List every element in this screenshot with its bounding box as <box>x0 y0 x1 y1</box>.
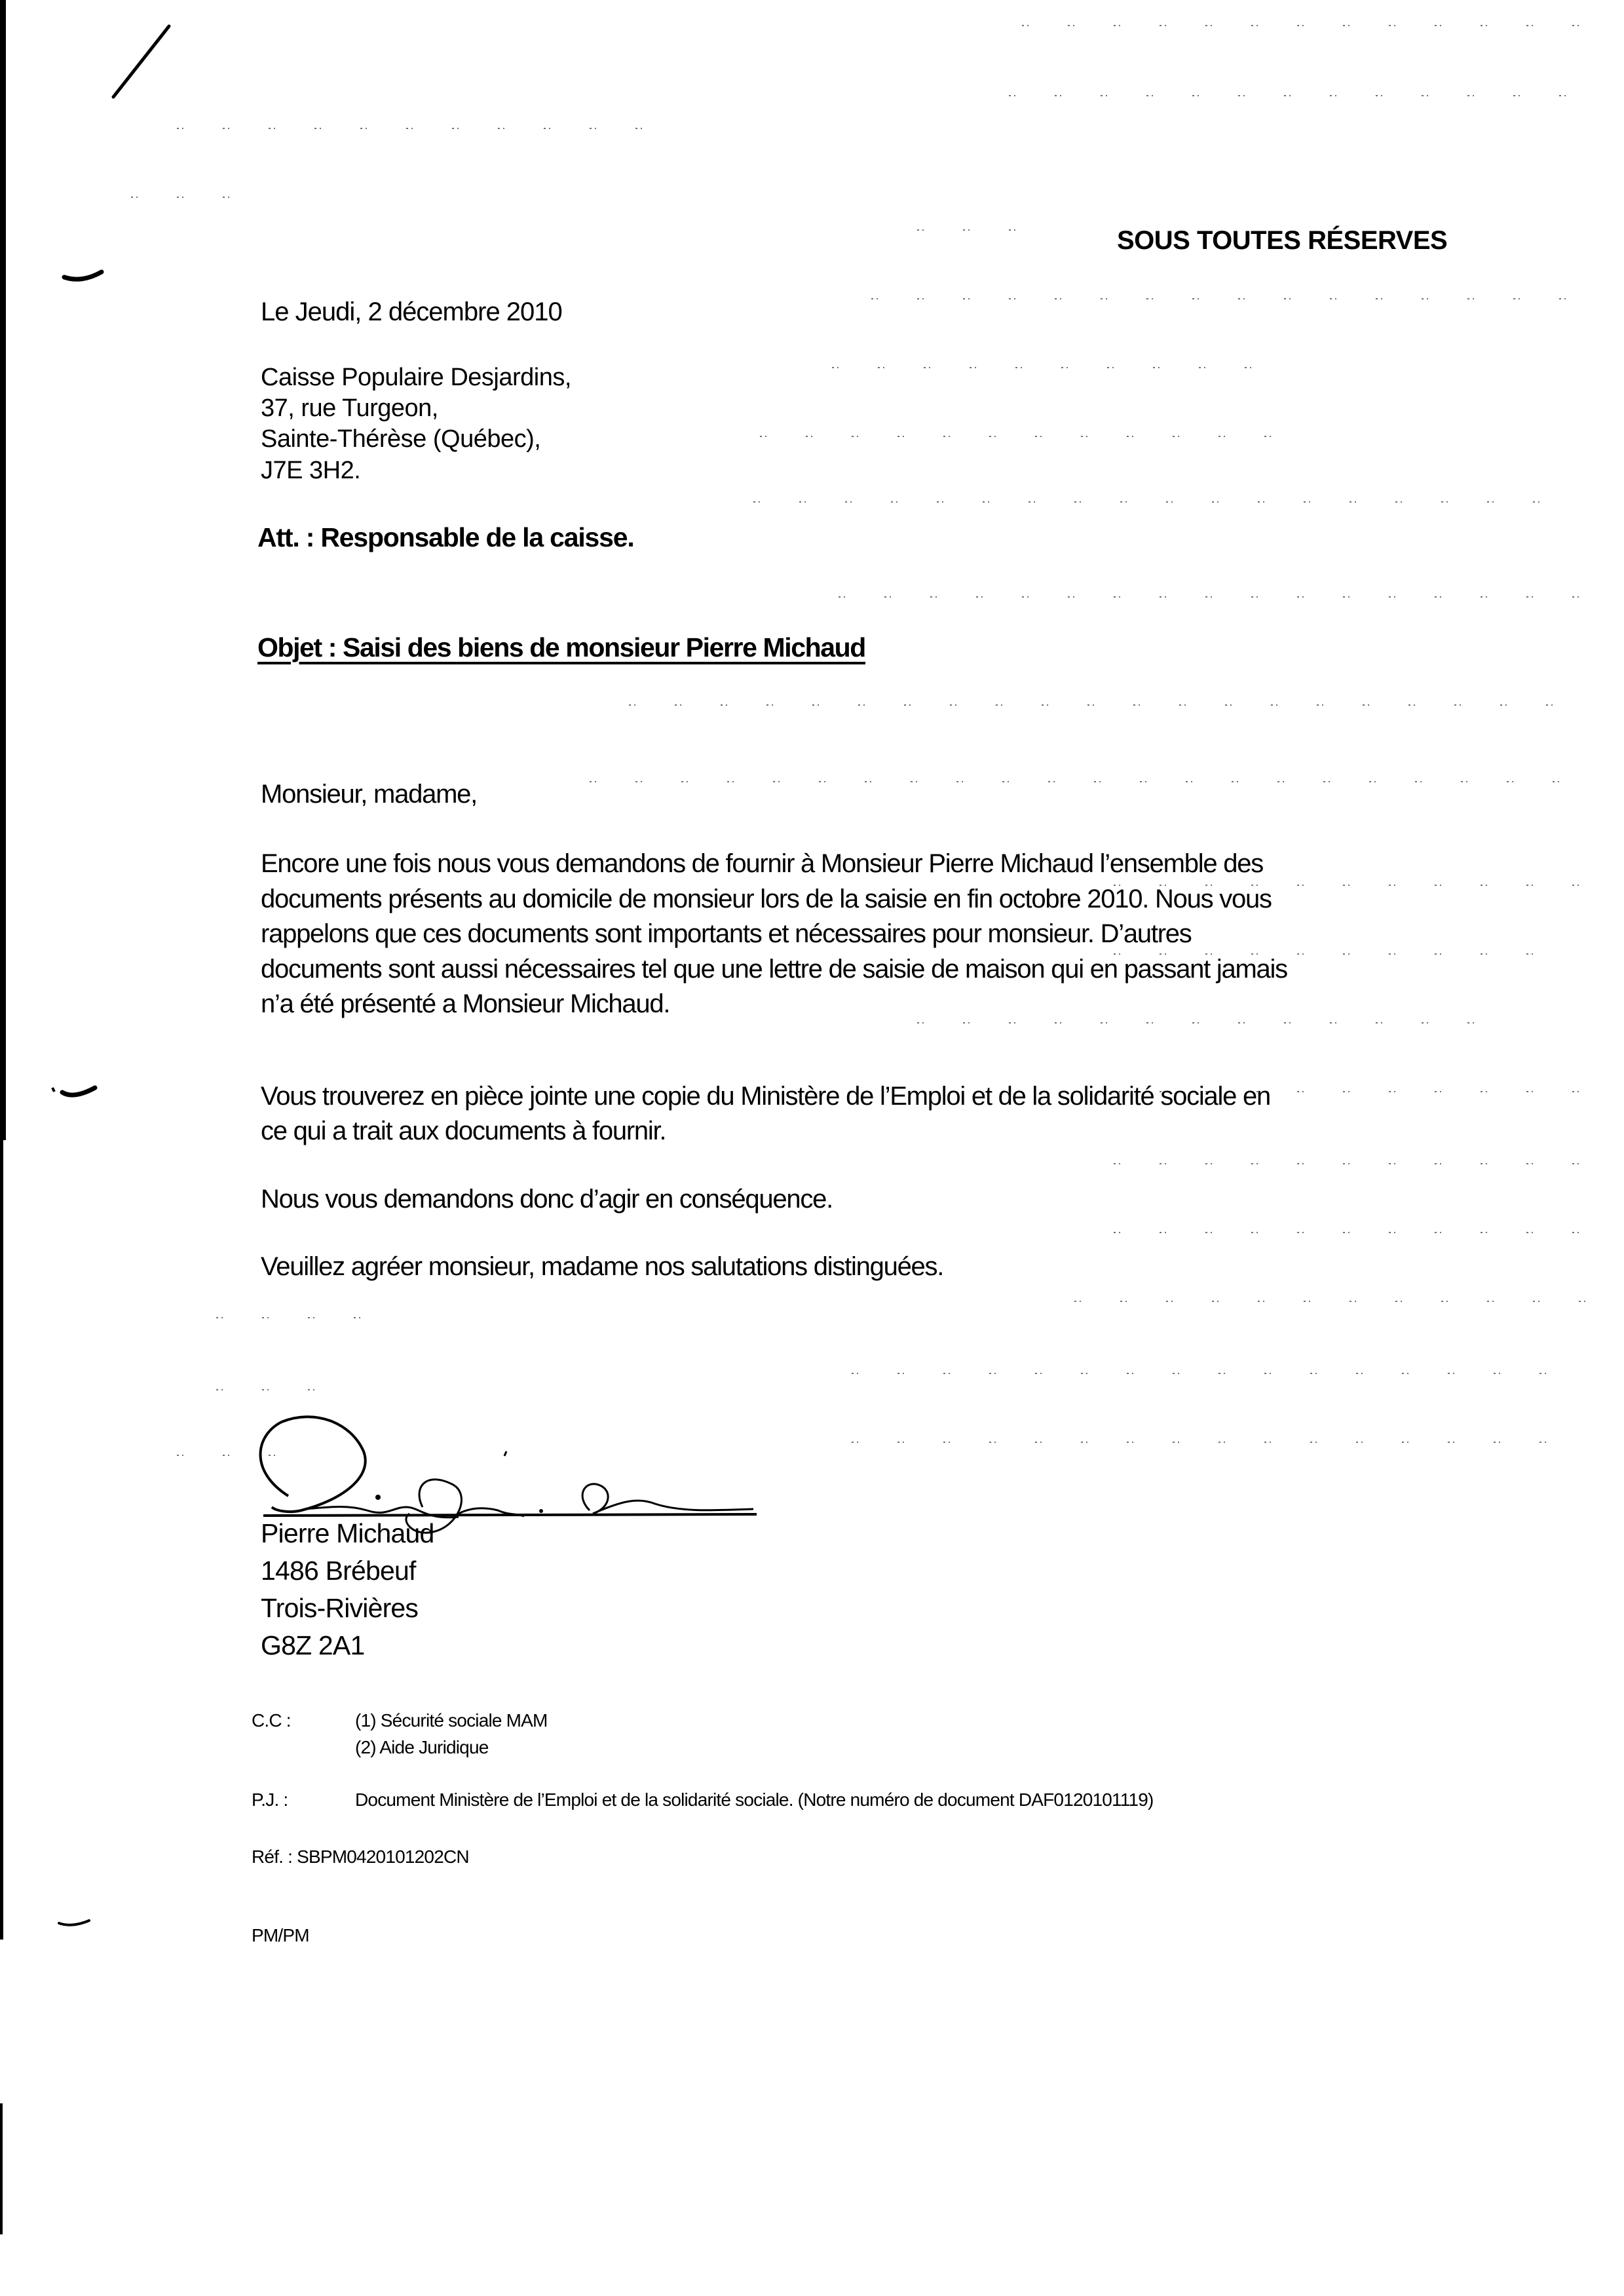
scanned-letter-page: SOUS TOUTES RÉSERVES Le Jeudi, 2 décembr… <box>0 0 1624 2296</box>
scan-marks <box>0 0 1624 2296</box>
handwritten-signature <box>0 0 1624 2296</box>
recipient-line: 37, rue Turgeon, <box>261 396 438 421</box>
scan-noise <box>216 1389 314 1390</box>
scan-noise <box>760 436 1284 437</box>
scan-noise <box>1074 1301 1585 1302</box>
paragraph-line: ce qui a trait aux documents à fournir. <box>261 1118 666 1144</box>
enclosure-text: Document Ministère de l’Emploi et de la … <box>355 1791 1154 1809</box>
sender-address-line: Trois-Rivières <box>261 1595 418 1622</box>
paragraph-line: documents sont aussi nécessaires tel que… <box>261 956 1287 982</box>
scan-noise <box>852 1442 1572 1443</box>
scan-edge-bar <box>0 2103 3 2234</box>
scan-noise <box>131 197 229 198</box>
cc-label: C.C : <box>252 1712 291 1730</box>
scan-noise <box>177 128 675 129</box>
sender-address-line: G8Z 2A1 <box>261 1632 364 1659</box>
scan-noise <box>177 1455 275 1456</box>
scan-noise <box>590 781 1572 782</box>
paragraph-line: documents présents au domicile de monsie… <box>261 886 1272 912</box>
recipient-line: Caisse Populaire Desjardins, <box>261 365 571 390</box>
paragraph-line: Encore une fois nous vous demandons de f… <box>261 851 1263 877</box>
scan-noise <box>917 1022 1507 1024</box>
closing-formula: Veuillez agréer monsieur, madame nos sal… <box>261 1253 943 1280</box>
scan-noise <box>1114 1163 1585 1164</box>
scan-edge-bar <box>0 0 6 1140</box>
cc-item: (1) Sécurité sociale MAM <box>355 1712 548 1730</box>
sender-address-line: 1486 Brébeuf <box>261 1558 416 1584</box>
scan-noise <box>871 298 1592 299</box>
scan-noise <box>917 229 1048 231</box>
scan-noise <box>1022 25 1598 26</box>
paragraph-line: rappelons que ces documents sont importa… <box>261 921 1192 947</box>
scan-noise <box>753 501 1572 503</box>
enclosure-label: P.J. : <box>252 1791 288 1809</box>
reservation-notice: SOUS TOUTES RÉSERVES <box>1117 227 1447 254</box>
scan-noise <box>839 596 1592 598</box>
sender-name: Pierre Michaud <box>261 1520 434 1547</box>
reference-number: Réf. : SBPM0420101202CN <box>252 1848 469 1866</box>
scan-noise <box>629 704 1579 706</box>
scan-noise <box>216 1317 380 1318</box>
typist-initials: PM/PM <box>252 1926 309 1945</box>
scan-noise <box>852 1373 1572 1374</box>
attention-line: Att. : Responsable de la caisse. <box>257 524 634 551</box>
scan-edge-bar <box>0 1140 3 1940</box>
paragraph-line: Vous trouverez en pièce jointe une copie… <box>261 1083 1270 1109</box>
recipient-line: Sainte-Thérèse (Québec), <box>261 427 540 451</box>
scan-noise <box>1114 1232 1585 1233</box>
scan-noise <box>832 367 1291 368</box>
scan-noise <box>1009 95 1598 96</box>
salutation: Monsieur, madame, <box>261 781 477 807</box>
body-paragraph: Nous vous demandons donc d’agir en consé… <box>261 1186 833 1212</box>
letter-date: Le Jeudi, 2 décembre 2010 <box>261 299 562 325</box>
subject-line: Objet : Saisi des biens de monsieur Pier… <box>257 634 865 661</box>
recipient-line: J7E 3H2. <box>261 458 360 483</box>
paragraph-line: n’a été présenté a Monsieur Michaud. <box>261 991 670 1017</box>
cc-item: (2) Aide Juridique <box>355 1738 489 1757</box>
